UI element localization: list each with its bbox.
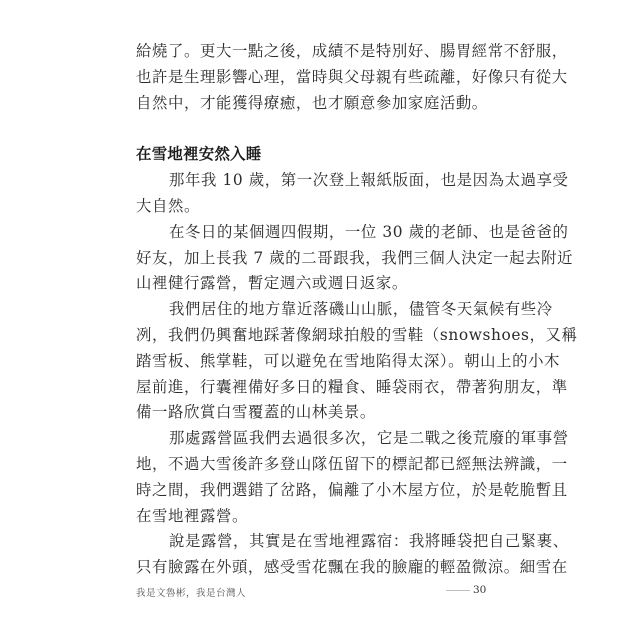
paragraph: 在冬日的某個週四假期，一位 30 歲的老師、也是爸爸的 好友，加上長我 7 歲的… (136, 220, 498, 297)
text-line: 踏雪板、熊掌鞋，可以避免在雪地陷得太深）。朝山上的小木 (136, 349, 498, 375)
text-line: 備一路欣賞白雪覆蓋的山林美景。 (136, 400, 498, 426)
text-line: 在冬日的某個週四假期，一位 30 歲的老師、也是爸爸的 (136, 220, 498, 246)
text-line: 山裡健行露營，暫定週六或週日返家。 (136, 271, 498, 297)
paragraph: 那處露營區我們去過很多次，它是二戰之後荒廢的軍事營 地，不過大雪後許多登山隊伍留… (136, 426, 498, 529)
text-line: 地，不過大雪後許多登山隊伍留下的標記都已經無法辨識，一 (136, 452, 498, 478)
text-line: 給燒了。更大一點之後，成績不是特別好、腸胃經常不舒服， (136, 39, 498, 65)
book-page-body: 給燒了。更大一點之後，成績不是特別好、腸胃經常不舒服， 也許是生理影響心理，當時… (136, 39, 498, 581)
text-line: 屋前進，行囊裡備好多日的糧食、睡袋雨衣，帶著狗朋友，準 (136, 375, 498, 401)
text-line: 大自然。 (136, 194, 498, 220)
text-line: 那年我 10 歲，第一次登上報紙版面，也是因為太過享受 (136, 168, 498, 194)
paragraph: 說是露營，其實是在雪地裡露宿：我將睡袋把自己緊裹、 只有臉露在外頭，感受雪花飄在… (136, 529, 498, 581)
text-line: 也許是生理影響心理，當時與父母親有些疏離，好像只有從大 (136, 65, 498, 91)
text-line: 說是露營，其實是在雪地裡露宿：我將睡袋把自己緊裹、 (136, 529, 498, 555)
section-heading: 在雪地裡安然入睡 (136, 142, 498, 168)
text-line: 我們居住的地方靠近落磯山山脈，儘管冬天氣候有些冷 (136, 297, 498, 323)
page-number: 30 (473, 584, 486, 596)
page-number-block: 30 (446, 584, 486, 596)
paragraph: 我們居住的地方靠近落磯山山脈，儘管冬天氣候有些冷 冽，我們仍興奮地踩著像網球拍般… (136, 297, 498, 426)
paragraph: 那年我 10 歲，第一次登上報紙版面，也是因為太過享受 大自然。 (136, 168, 498, 220)
text-line: 冽，我們仍興奮地踩著像網球拍般的雪鞋（snowshoes，又稱 (136, 323, 498, 349)
text-line: 好友，加上長我 7 歲的二哥跟我，我們三個人決定一起去附近 (136, 246, 498, 272)
text-line: 自然中，才能獲得療癒，也才願意參加家庭活動。 (136, 91, 498, 117)
text-line: 只有臉露在外頭，感受雪花飄在我的臉龐的輕盈微涼。細雪在 (136, 555, 498, 581)
footer-rule-divider (446, 590, 470, 591)
running-footer-title: 我是文魯彬，我是台灣人 (136, 585, 246, 599)
text-line: 時之間，我們選錯了岔路，偏離了小木屋方位，於是乾脆暫且 (136, 478, 498, 504)
text-line: 那處露營區我們去過很多次，它是二戰之後荒廢的軍事營 (136, 426, 498, 452)
text-line: 在雪地裡露營。 (136, 504, 498, 530)
